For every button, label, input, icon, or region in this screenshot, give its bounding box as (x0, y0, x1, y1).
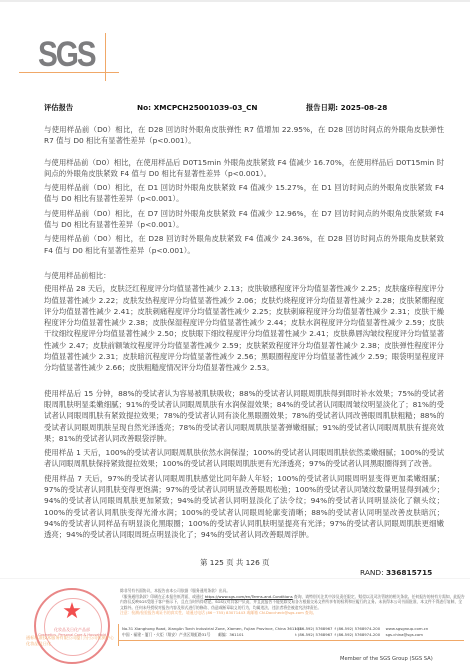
doc-type: 评估报告 (44, 103, 73, 113)
paragraph-f4-d28: 与使用样品前（D0）相比，在 D28 回访时外眼角皮肤紧致 F4 值减少 24.… (44, 233, 444, 256)
company-address: No.31 Xianghong Road, XiangAn Torch Indu… (122, 626, 428, 638)
legal-disclaimer: 除非另有书面协议，本报告由本公司依据《服务通用条款》出具。 《服务通用条款》印刷… (120, 588, 465, 616)
logo-horizontal-line (19, 72, 119, 73)
report-date: 报告日期: 2025-08-28 (306, 103, 387, 113)
address-cn: 中国・福建・厦门・火炬（翔安）产业区翔虹路31号 邮编：361101 (122, 632, 294, 638)
star-icon: ★ (36, 599, 108, 624)
rand-code: RAND: 336815715 (360, 568, 432, 577)
paragraph-1-day-survey: 使用样品 1 天后，100%的受试者认同眼周肌肤依然水润保湿；100%的受试者认… (44, 447, 444, 470)
address-vertical-line (118, 624, 119, 646)
paragraph-f4-d0t15: 与使用样品前（D0）相比，在使用样品后 D0T15min 外眼角皮肤紧致 F4 … (44, 157, 444, 180)
email: sgs.china@sgs.com (386, 632, 423, 638)
member-statement: Member of the SGS Group (SGS SA) (340, 656, 433, 662)
disclaimer-text-1: 除非另有书面协议，本报告由本公司依据《服务通用条款》出具。 (120, 588, 230, 593)
seal-caption-line2: 化妆品及日化 (26, 641, 114, 647)
paragraph-f4-d1: 与使用样品前（D0）相比，在 D1 回访时外眼角皮肤紧致 F4 值减少 15.2… (44, 182, 444, 205)
report-body: 与使用样品前（D0）相比，在 D28 回访时外眼角皮肤弹性 R7 值增加 22.… (44, 124, 444, 544)
paragraph-f4-d7: 与使用样品前（D0）相比，在 D7 回访时外眼角皮肤紧致 F4 值减少 12.9… (44, 208, 444, 231)
rand-value: 336815715 (386, 568, 432, 577)
paragraph-r7-d28: 与使用样品前（D0）相比，在 D28 回访时外眼角皮肤弹性 R7 值增加 22.… (44, 124, 444, 147)
footer-divider (0, 578, 470, 579)
paragraph-28-day-scores: 使用样品 28 天后，皮肤泛红程度评分均值显著性减少 2.13；皮肤敏感程度评分… (44, 283, 444, 373)
terms-link[interactable]: https://www.sgs.com/en/Terms-and-Conditi… (205, 594, 293, 599)
disclaimer-text-2: 《服务通用条款》印刷在正本报告纸背面，或通过 (120, 594, 204, 599)
authenticity-warning: 注意：检测/检验报告或证书的真实性，请通过电话 (86－755) 8307144… (120, 610, 316, 615)
address-horizontal-line (118, 640, 464, 641)
sgs-logo: SGS (19, 33, 119, 81)
paragraph-15-min-survey: 使用样品后 15 分钟，88%的受试者认为容易被肌肤吸收；88%的受试者认同眼周… (44, 388, 444, 444)
logo-vertical-line (105, 33, 106, 81)
top-border (0, 0, 470, 2)
report-number: No: XMCPCH25001039-03_CN (137, 103, 258, 112)
phone-cn: t (86-592) 5768967 (295, 632, 333, 638)
paragraph-7-day-survey: 使用样品 7 天后，97%的受试者认同眼周肌肤感觉比同年龄人年轻；100%的受试… (44, 473, 444, 541)
seal-caption: 通标标准技术服务有限公司厦门分公司检测中心 化妆品及日化 (26, 635, 114, 647)
rand-label: RAND: (360, 568, 386, 577)
official-seal: ★ 化妆品及日化产品部 Cosmetics, Personal Care & H… (34, 588, 110, 664)
sgs-logo-text: SGS (38, 35, 94, 75)
fax-cn: f (86-592) 5768974-200 (334, 632, 384, 638)
page-number: 第 125 页 共 126 页 (200, 557, 270, 568)
comparison-heading: 与使用样品前相比： (44, 270, 444, 281)
